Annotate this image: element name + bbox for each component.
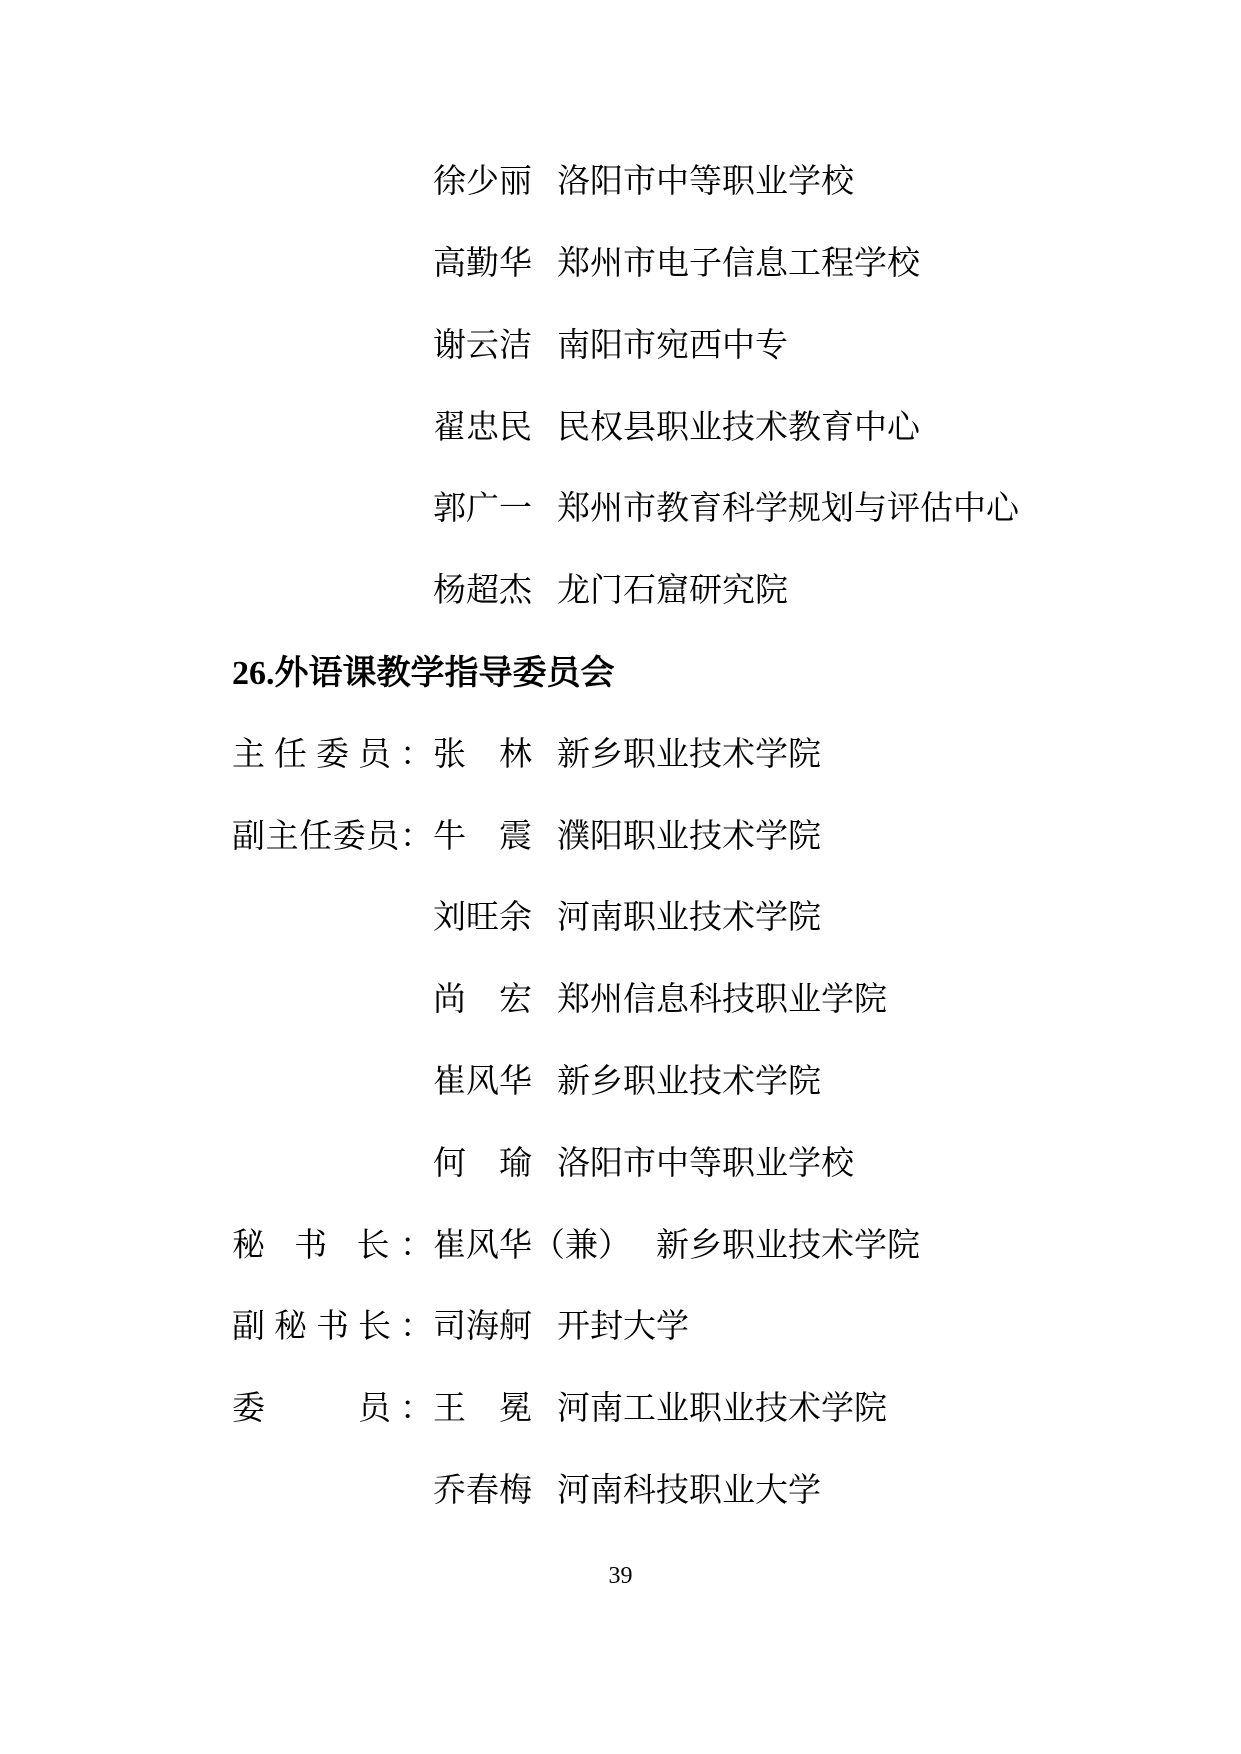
member-name: 张 林 xyxy=(433,737,532,773)
member-row: 副秘书长：司海舸开封大学 xyxy=(232,1309,689,1345)
member-name: 何 瑜 xyxy=(433,1146,532,1182)
member-name: 司海舸 xyxy=(433,1309,532,1345)
member-affiliation: 南阳市宛西中专 xyxy=(557,328,788,364)
member-name: 徐少丽 xyxy=(433,164,532,200)
member-row: 秘 书 长：崔风华（兼）新乡职业技术学院 xyxy=(232,1228,920,1264)
member-row: 高勤华郑州市电子信息工程学校 xyxy=(232,246,920,282)
member-name: 杨超杰 xyxy=(433,573,532,609)
page-number: 39 xyxy=(0,1563,1241,1589)
member-affiliation: 濮阳职业技术学院 xyxy=(557,819,821,855)
member-name: 王 冕 xyxy=(433,1391,532,1427)
member-affiliation: 郑州市教育科学规划与评估中心 xyxy=(557,491,1019,527)
member-row: 尚 宏郑州信息科技职业学院 xyxy=(232,982,887,1018)
member-affiliation: 民权县职业技术教育中心 xyxy=(557,410,920,446)
member-name: 郭广一 xyxy=(433,491,532,527)
document-page: 徐少丽洛阳市中等职业学校 高勤华郑州市电子信息工程学校 谢云洁南阳市宛西中专 翟… xyxy=(0,0,1241,1754)
member-affiliation: 新乡职业技术学院 xyxy=(656,1228,920,1264)
member-affiliation: 郑州信息科技职业学院 xyxy=(557,982,887,1018)
member-affiliation: 河南工业职业技术学院 xyxy=(557,1391,887,1427)
member-name: 乔春梅 xyxy=(433,1473,532,1509)
member-row: 郭广一郑州市教育科学规划与评估中心 xyxy=(232,491,1019,527)
role-label: 委 员： xyxy=(232,1391,433,1427)
member-affiliation: 河南科技职业大学 xyxy=(557,1473,821,1509)
member-row: 副主任委员：牛 震濮阳职业技术学院 xyxy=(232,819,821,855)
role-label: 副主任委员： xyxy=(232,819,433,855)
member-affiliation: 新乡职业技术学院 xyxy=(557,737,821,773)
role-label: 副秘书长： xyxy=(232,1309,433,1345)
member-name: 刘旺余 xyxy=(433,900,532,936)
member-name: 崔风华（兼） xyxy=(433,1228,631,1264)
member-row: 徐少丽洛阳市中等职业学校 xyxy=(232,164,854,200)
member-affiliation: 河南职业技术学院 xyxy=(557,900,821,936)
member-affiliation: 洛阳市中等职业学校 xyxy=(557,164,854,200)
member-row: 刘旺余河南职业技术学院 xyxy=(232,900,821,936)
member-affiliation: 龙门石窟研究院 xyxy=(557,573,788,609)
member-row: 谢云洁南阳市宛西中专 xyxy=(232,328,788,364)
member-affiliation: 新乡职业技术学院 xyxy=(557,1064,821,1100)
member-row: 乔春梅河南科技职业大学 xyxy=(232,1473,821,1509)
member-row: 崔风华新乡职业技术学院 xyxy=(232,1064,821,1100)
member-name: 尚 宏 xyxy=(433,982,532,1018)
member-affiliation: 洛阳市中等职业学校 xyxy=(557,1146,854,1182)
section-heading: 26.外语课教学指导委员会 xyxy=(232,655,615,693)
role-label: 主任委员： xyxy=(232,737,433,773)
member-row: 杨超杰龙门石窟研究院 xyxy=(232,573,788,609)
member-name: 谢云洁 xyxy=(433,328,532,364)
member-name: 翟忠民 xyxy=(433,410,532,446)
member-row: 何 瑜洛阳市中等职业学校 xyxy=(232,1146,854,1182)
member-row: 委 员：王 冕河南工业职业技术学院 xyxy=(232,1391,887,1427)
member-affiliation: 开封大学 xyxy=(557,1309,689,1345)
member-name: 崔风华 xyxy=(433,1064,532,1100)
member-name: 高勤华 xyxy=(433,246,532,282)
member-row: 主任委员：张 林新乡职业技术学院 xyxy=(232,737,821,773)
member-row: 翟忠民民权县职业技术教育中心 xyxy=(232,410,920,446)
role-label: 秘 书 长： xyxy=(232,1228,433,1264)
member-name: 牛 震 xyxy=(433,819,532,855)
member-affiliation: 郑州市电子信息工程学校 xyxy=(557,246,920,282)
